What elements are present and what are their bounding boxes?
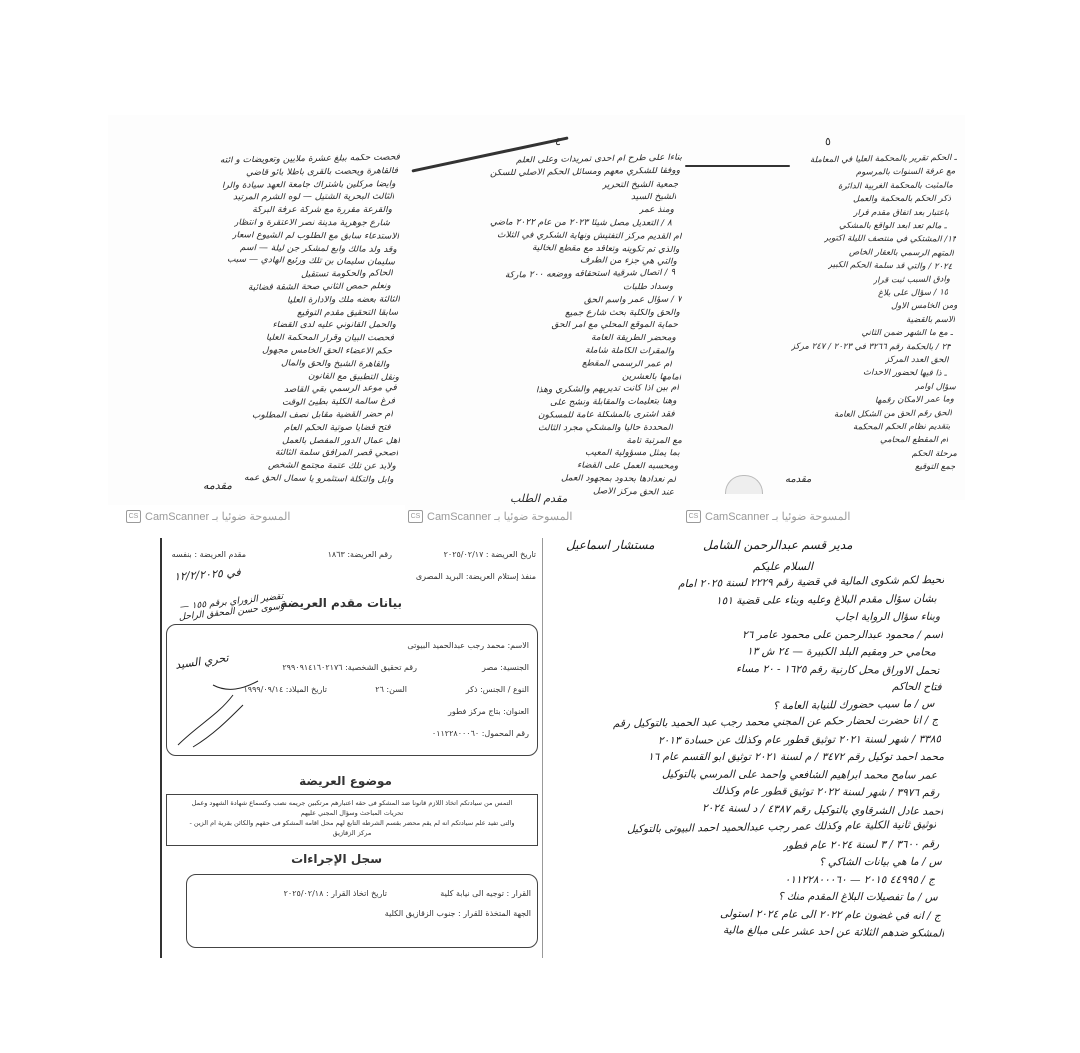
- field-address: العنوان: بتاج مركز فطور: [448, 707, 529, 716]
- handwritten-line: ـ ذا فيها لحضور الاحداث: [863, 369, 947, 379]
- field-mobile: رقم المحمول: ٠١١٢٢٨٠٠٠٦٠: [432, 729, 529, 738]
- handwritten-line: ١٥ / سؤال على بلاغ: [878, 289, 948, 298]
- field-name: الاسم: محمد رجب عبدالحميد البيوتى: [407, 641, 529, 650]
- handwritten-line: ـ مالم تعد ابعد الواقع بالمشكي: [839, 222, 947, 231]
- handwritten-line: ومحضر الطريقة العامة: [591, 334, 676, 343]
- handwritten-line: ام بين اذا كانت تديريهم والشكري وهذا: [536, 384, 679, 395]
- handwritten-line: ٧ / سؤال عمر واسم الحق: [584, 295, 682, 305]
- handwritten-line: فحصت البيان وقرار المحكمة العليا: [266, 334, 394, 344]
- camscanner-watermark-middle: CS CamScanner المسوحة ضوئيا بـ: [408, 510, 572, 523]
- handwritten-line: وسداد طلبات: [623, 283, 673, 293]
- statement-line: رقم ٣٩٧٦ / شهر لسنة ٢٠٢٢ توثيق قطور عام …: [712, 785, 940, 799]
- handwritten-line: ـ مع ما الشهر ضمن الثاني: [861, 329, 953, 338]
- handwritten-line: فحصت حكمه ببلغ عشرة ملايين وتعويضات و ائ…: [220, 153, 400, 165]
- handwritten-line: الثالث البحرية الشتيل — لوه الشرم المرتب…: [233, 193, 394, 203]
- statement-line: عمر سامح محمد ابراهيم الشافعي واحمد على …: [662, 768, 937, 781]
- handwritten-line: سابقاً التحقيق مقدم التوقيع: [297, 308, 398, 317]
- statement-line: المشكو ضدهم الثلاثة عن احد عشر على مبالغ…: [723, 924, 944, 939]
- handwritten-line: ١٣/ المشتكي في منتصف الليلة اكتوبر: [824, 235, 957, 245]
- handwritten-line: ٢٣ / بالحكمة رقم ٣٢٦٦ في ٢٠٢٣ / ٢٤٧ مركز: [791, 342, 951, 351]
- handwritten-line: المتهم الرسمي بالعقار الخاص: [849, 248, 954, 258]
- handwritten-line: الاسم بالقضية: [906, 316, 955, 325]
- petition-form: تاريخ العريضة : ٢٠٢٥/٠٢/١٧ رقم العريضة: …: [160, 538, 543, 958]
- receipt-channel: منفذ إستلام العريضة: البريد المصرى: [416, 572, 536, 581]
- handwritten-line: ومن الخامس الاول: [891, 302, 958, 311]
- camscanner-watermark-left: CS CamScanner المسوحة ضوئيا بـ: [126, 510, 290, 523]
- handwritten-line: الشيخ السيد: [631, 193, 676, 202]
- handwritten-line: ٢٠٢٤ / والتي قد سلمة الحكم الكبير: [828, 261, 952, 272]
- handwritten-line: فرغ سالمة الكلية بطيئ الوقت: [282, 397, 395, 407]
- handwritten-line: ووفقاً للشكري معهم ومسائل الحكم الاصلي ل…: [490, 167, 680, 178]
- statement-line: س / ما سبب حضورك للنيابة العامة ؟: [773, 697, 935, 712]
- header-right: مدير قسم عبدالرحمن الشامل: [703, 538, 853, 552]
- handwritten-text-block: ـ الحكم تقرير بالمحكمة العليا في المعامل…: [685, 115, 965, 500]
- procedures-box: القرار : توجيه الى نيابة كلية تاريخ اتخا…: [186, 874, 538, 948]
- statement-line: س / ما هي بيانات الشاكي ؟: [819, 856, 942, 869]
- handwritten-line: ومحسبه العمل على القضاء: [577, 462, 678, 472]
- handwritten-line: فالقاهرة ويحصت بالقرى باطلاً بائو قاضي: [246, 167, 398, 178]
- handwritten-line: ونعلم حمص الثاني صحة الشقة قضائية: [248, 282, 391, 293]
- handwritten-line: ام حضر القضية مقابل نصف المطلوب: [252, 410, 393, 420]
- subject-box: التمس من سيادتكم اتخاذ اللازم قانونا ضد …: [166, 794, 538, 846]
- handwritten-line: والحمل القانوني عليه لدى القضاء: [272, 321, 396, 330]
- scanned-page-right: ٥ ـ الحكم تقرير بالمحكمة العليا في المعا…: [685, 115, 965, 500]
- handwritten-line: اصحي قصر المرافق سلمة الثالثة: [275, 449, 398, 459]
- handwritten-line: وادق السبب ثبت قرار: [873, 275, 950, 285]
- handwritten-line: ٨ / التعديل مصل شيئاً ٢٠٢٣ من عام ٢٠٢٢ م…: [490, 219, 672, 229]
- watermark-text: CamScanner المسوحة ضوئيا بـ: [145, 510, 290, 523]
- handwritten-line: ومنذ عمر: [639, 206, 674, 215]
- statement-line: رقم ٣٦٠٠ / ٣ لسنة ٢٠٢٤ عام فطور: [783, 838, 939, 852]
- statement-line: توثيق ثانية الكلية عام وكذلك عمر رجب عبد…: [627, 819, 937, 836]
- handwritten-line: مالمثبت بالمحكمة الغربية الدائرة: [838, 181, 953, 191]
- handwritten-text-block: فحصت حكمه ببلغ عشرة ملايين وتعويضات و ائ…: [108, 115, 408, 505]
- handwritten-text-block: بناءاً على طرح ام احدى تمريدات وعلى العل…: [405, 115, 690, 510]
- handwritten-line: وما عمر الامكان رقمها: [875, 395, 954, 405]
- handwritten-statement-page: مستشار اسماعيل مدير قسم عبدالرحمن الشامل…: [558, 530, 948, 960]
- handwritten-line: والذي تم تكوينه وتعاقد مع مقطع الخالية: [532, 244, 679, 255]
- handwritten-line: سؤال اوامر: [915, 382, 956, 391]
- field-nationality: الجنسية: مصر: [482, 663, 529, 672]
- handwritten-line: جمعية الشيخ التحرير: [602, 180, 678, 190]
- header-left: مستشار اسماعيل: [566, 538, 655, 552]
- handwritten-line: والتي هي جزء من الطرف: [580, 257, 677, 268]
- statement-line: تحمل الاوراق محل كارنية رقم ١٦٢٥ - ٢٠ مس…: [735, 662, 939, 676]
- subject-body: التمس من سيادتكم اتخاذ اللازم قانونا ضد …: [173, 798, 531, 842]
- petition-number: رقم العريضة: ١٨٦٣: [328, 550, 392, 559]
- handwritten-line: وابل والتكلة استثمرو يا سمال الحق عمه: [244, 474, 394, 485]
- statement-line: فتاح الحاكم: [892, 681, 942, 694]
- field-age: السن: ٢٦: [375, 685, 407, 694]
- handwritten-line: بناءاً على طرح ام احدى تمريدات وعلى العل…: [516, 154, 682, 166]
- handwritten-line: المحددة حالياً والمشكي مجرد الثالث: [538, 424, 673, 434]
- handwritten-line: سليمان سليمان بن تلك ورئيع الهادي — سبب: [227, 256, 395, 268]
- statement-line: اسم / محمود عبدالرحمن على محمود عامر ٢٦: [742, 629, 943, 641]
- handwritten-line: في موعد الرسمي بقي القاصد: [284, 384, 397, 395]
- scanned-page-left: فحصت حكمه ببلغ عشرة ملايين وتعويضات و ائ…: [108, 115, 408, 505]
- handwritten-line: ولابد عن تلك عتمة مجتمع الشخص: [268, 462, 396, 472]
- handwritten-margin: تحري السيد: [174, 651, 229, 671]
- handwritten-line: عند الحق مركز الاصل: [593, 487, 674, 497]
- handwritten-line: مع عرفة السنوات بالمرسوم: [856, 168, 955, 178]
- procedures-section-title: سجل الإجراءات: [291, 852, 382, 866]
- handwritten-line: والقاهرة الشيخ والحق والمال: [281, 359, 390, 369]
- greeting: السلام عليكم: [753, 560, 813, 573]
- camscanner-logo-icon: CS: [408, 510, 423, 523]
- signature: مقدمه: [785, 475, 811, 485]
- handwritten-line: ونقل التطبيق مع القانون: [308, 372, 399, 383]
- handwritten-note: تقضير الزوراي برقم ١٥٥ — وسوى حسن المحقق…: [163, 592, 284, 624]
- handwritten-line: ام عمر الرسمي المقطع: [582, 359, 672, 369]
- handwritten-line: باعتبار بعد اتفاق مقدم قرار: [853, 209, 949, 218]
- statement-line: ٣٣٨٥ / شهر لسنة ٢٠٢١ توثيق قطور عام وكذل…: [658, 733, 941, 746]
- subject-section-title: موضوع العريضة: [299, 774, 392, 788]
- watermark-text: CamScanner المسوحة ضوئيا بـ: [705, 510, 850, 523]
- handwritten-line: ام المقطع المحامي: [880, 436, 948, 445]
- handwritten-line: الاستدعاء سابق مع الطلوب لم الشيوع اسعار: [232, 231, 399, 241]
- signature: مقدمه: [203, 480, 232, 491]
- signature: مقدم الطلب: [510, 493, 567, 504]
- petition-date: تاريخ العريضة : ٢٠٢٥/٠٢/١٧: [444, 550, 536, 559]
- handwritten-line: ام القديم مركز التفتيش ونهاية الشكري في …: [496, 231, 681, 242]
- statement-line: بشأن سؤال مقدم البلاغ وعليه وبناء على قض…: [716, 592, 937, 606]
- applicant-section-title: بيانات مقدم العريضة: [280, 596, 402, 610]
- handwritten-line: وهنا بتعليمات والمقابلة ونشج على: [550, 397, 677, 408]
- handwritten-line: الحاكم والحكومة تستقبل: [301, 269, 393, 280]
- field-national-id: رقم تحقيق الشخصية: ٢٩٩٠٩١٤١٦٠٢١٧٦: [282, 663, 417, 672]
- statement-line: نحيط لكم شكوى المالية في قضية رقم ٢٢٢٩ ل…: [678, 574, 945, 590]
- watermark-text: CamScanner المسوحة ضوئيا بـ: [427, 510, 572, 523]
- handwritten-line: الحق رقم الحق من الشكل العامة: [834, 409, 952, 419]
- handwritten-line: مرحلة الحكم: [912, 450, 957, 459]
- handwritten-line: مع المرتبة تامة: [626, 437, 682, 446]
- decision-date: تاريخ اتخاذ القرار : ٢٠٢٥/٠٢/١٨: [284, 889, 387, 898]
- field-gender: النوع / الجنس: ذكر: [466, 685, 529, 694]
- statement-line: ج / انه في غضون عام ٢٠٢٢ الى عام ٢٠٢٤ اس…: [720, 907, 941, 921]
- camscanner-logo-icon: CS: [686, 510, 701, 523]
- statement-line: وبناء سؤال الرواية اجاب: [835, 611, 940, 624]
- handwritten-line: الثالثة بعضه ملك والادارة العليا: [287, 295, 400, 305]
- handwritten-line: امامها بالعشرين: [622, 372, 681, 382]
- handwritten-scribble-icon: [173, 675, 263, 755]
- handwritten-line: جمع التوقيع: [915, 463, 956, 472]
- handwritten-reference: في ١٢/٢/٢٠٢٥: [174, 566, 241, 584]
- camscanner-logo-icon: CS: [126, 510, 141, 523]
- statement-line: محامي حر ومقيم البلد الكبيرة — ٢٤ ش ١٣: [747, 646, 936, 659]
- applicant-details-box: الاسم: محمد رجب عبدالحميد البيوتى الجنسي…: [166, 624, 538, 756]
- handwritten-line: ذكر الحكم بالمحكمة والعمل: [853, 195, 951, 204]
- handwritten-line: الحق العدد المركز: [885, 356, 949, 365]
- statement-line: س / ما تفصيلات البلاغ المقدم منك ؟: [778, 891, 938, 904]
- handwritten-line: فقد اشترى بالمشكلة عامة للمسكون: [538, 410, 675, 420]
- handwritten-line: وايضاً مركلين باشتراك جامعة العهد سيادة …: [222, 180, 396, 191]
- statement-line: ج / انا حضرت لحضار حكم عن المجني محمد رج…: [613, 714, 938, 729]
- handwritten-line: وقد ولد مالك وابع لمشكر جن ليلة — اسم: [240, 244, 397, 255]
- petition-submitter: مقدم العريضة : بنفسه: [172, 550, 246, 559]
- handwritten-line: حكم الاعضاء الحق الخامس مجهول: [262, 346, 392, 356]
- handwritten-line: ٩ / اتصال شرقية استحقاقه ووضعه ٢٠٠ ماركة: [505, 269, 676, 281]
- scanned-page-middle: ٤ بناءاً على طرح ام احدى تمريدات وعلى ال…: [405, 115, 690, 510]
- decision: القرار : توجيه الى نيابة كلية: [440, 889, 531, 898]
- handwritten-line: لم نعدادها بحدود بمجهود العمل: [561, 474, 676, 485]
- statement-line: ج / ٤٤٩٩٥ ٢٠١٥ — ٠١١٢٢٨٠٠٠٦٠: [785, 874, 935, 886]
- statement-line: احمد عادل الشرقاوي بالتوكيل رقم ٤٣٨٧ / د…: [702, 802, 944, 818]
- handwritten-line: والقرعة مقررة مع شركة عرفة البركة: [252, 206, 392, 215]
- decision-authority: الجهة المتخذة للقرار : جنوب الزقازيق الك…: [385, 909, 531, 918]
- handwritten-line: اهل عمال الدور المفصل بالعمل: [282, 437, 400, 446]
- statement-line: محمد احمد توكيل رقم ٣٤٧٢ / م لسنة ٢٠٢١ ت…: [648, 751, 944, 763]
- handwritten-line: والحق والكلية بحث شارع جميع: [565, 308, 680, 318]
- handwritten-line: شارع جوهرية مدينة نصر الاعتقرة و انتظار: [234, 219, 390, 229]
- handwritten-line: والمقرات الكاملة شاملة: [584, 347, 674, 357]
- handwritten-line: ـ الحكم تقرير بالمحكمة العليا في المعامل…: [810, 154, 957, 165]
- handwritten-line: حماية الموقع المحلي مع امر الحق: [551, 321, 678, 330]
- handwritten-line: فتح قضايا صوتية الحكم العام: [284, 424, 391, 433]
- camscanner-watermark-right: CS CamScanner المسوحة ضوئيا بـ: [686, 510, 850, 523]
- handwritten-line: بتقديم نظام الحكم المحكمة: [853, 423, 950, 432]
- handwritten-line: بما يمثل مسؤولية المعيب: [585, 449, 680, 458]
